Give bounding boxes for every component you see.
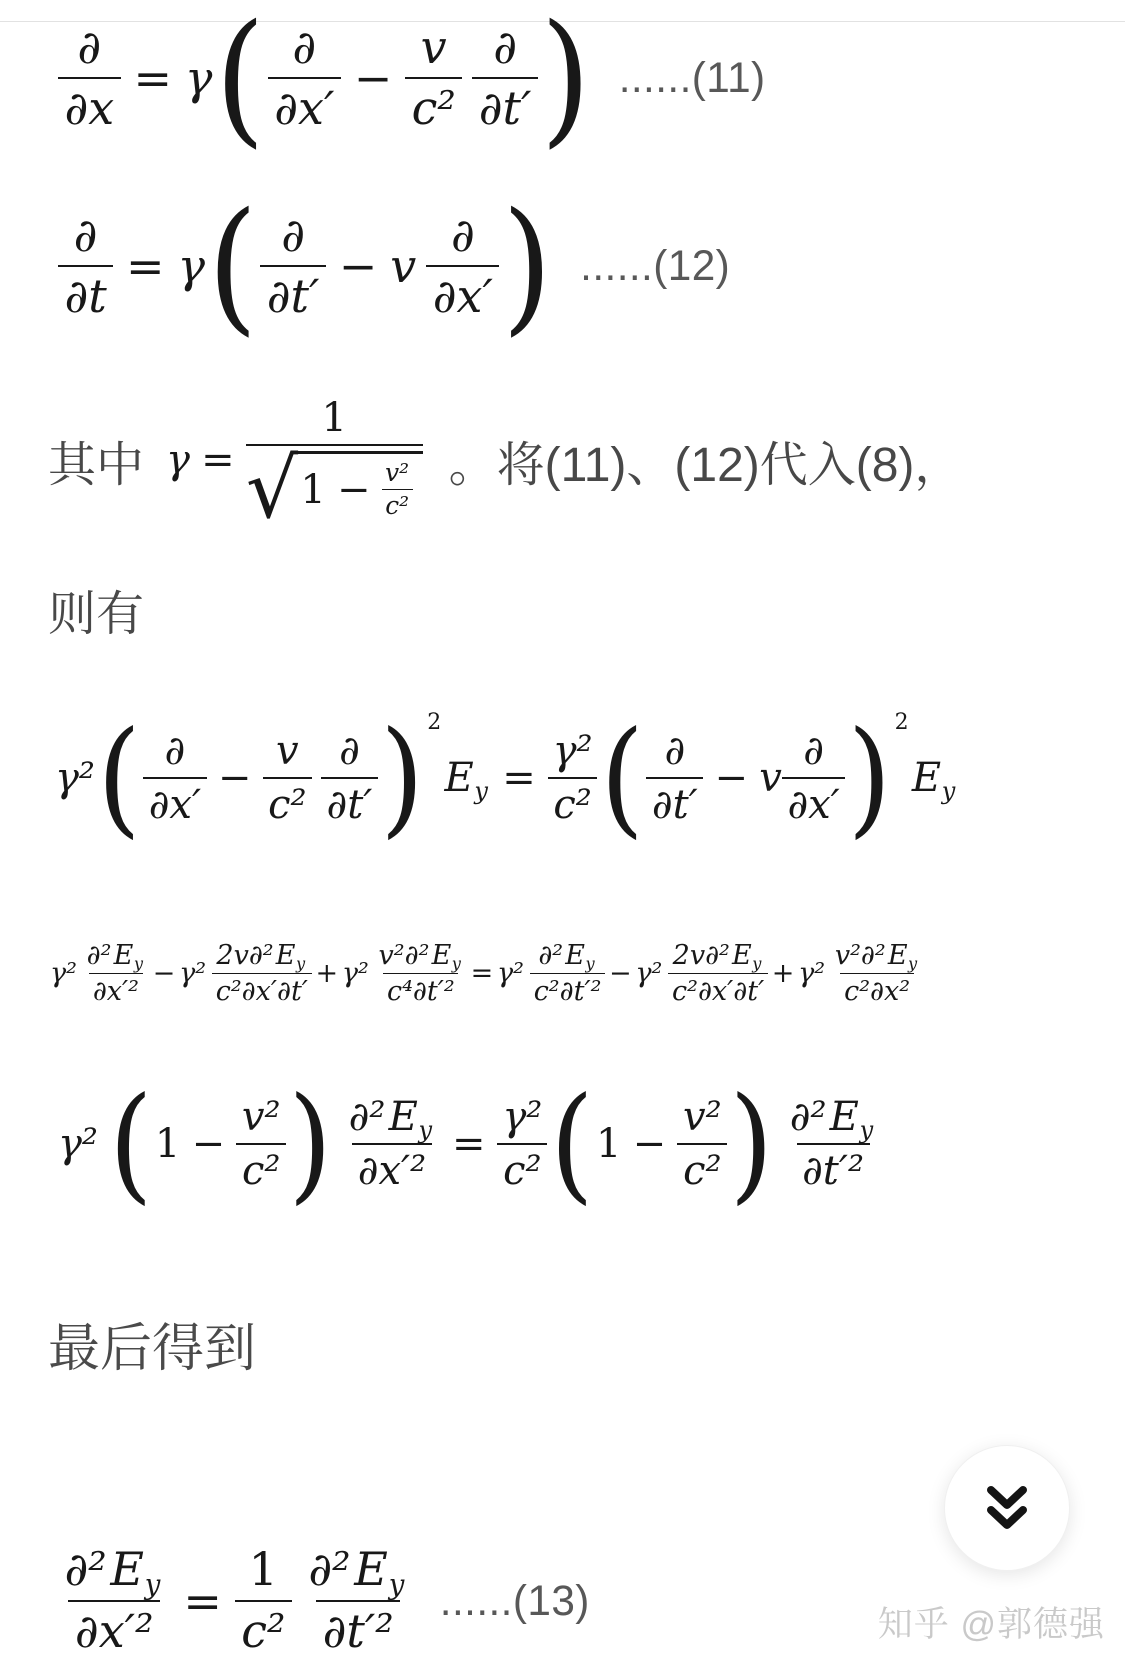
left-paren: ( <box>215 6 265 150</box>
math-token: E <box>114 938 134 973</box>
fraction: ∂ ∂x′ <box>782 725 846 831</box>
math-token: v <box>414 18 453 78</box>
math-token: ∂x′ <box>782 777 846 831</box>
math-token: ∂² <box>64 1540 106 1600</box>
math-token: E <box>565 938 585 973</box>
subscript: y <box>860 1118 874 1142</box>
left-paren: ( <box>109 1081 153 1206</box>
math-token: ∂ <box>798 725 830 777</box>
subscript: y <box>452 956 461 972</box>
right-paren: ) <box>380 715 424 840</box>
math-token: ∂ <box>71 18 108 78</box>
E-y-symbol: E y <box>830 1091 873 1143</box>
math-token: − <box>337 467 371 513</box>
math-token: E <box>354 1540 388 1600</box>
math-token: ∂ <box>159 725 191 777</box>
E-y-symbol: E y <box>732 938 761 973</box>
fraction: ∂² E y c²∂t′² <box>530 938 605 1009</box>
E-y-symbol: E y <box>912 755 955 801</box>
exponent: 2 <box>427 710 441 735</box>
math-token: v <box>759 755 782 801</box>
math-token: E <box>830 1091 859 1143</box>
numerator: v²∂² E y <box>375 938 467 973</box>
fraction: 2v∂² E y c²∂x′∂t′ <box>668 938 768 1009</box>
math-token: ∂² <box>87 938 112 973</box>
math-token: ∂x′² <box>89 973 143 1009</box>
fraction: ∂ ∂t <box>58 206 113 328</box>
math-token: 1 <box>155 1121 180 1167</box>
math-token: v <box>270 725 304 777</box>
math-token: − <box>633 1121 667 1167</box>
fraction: 2v∂² E y c²∂x′∂t′ <box>212 938 312 1009</box>
math-token: ∂ <box>334 725 366 777</box>
E-y-symbol: E y <box>389 1091 432 1143</box>
gamma-definition-line: 其中 γ = 1 √ 1 − v² c² 。将( <box>48 392 962 529</box>
math-token: − <box>339 239 378 293</box>
numerator: ∂² E y <box>302 1540 414 1600</box>
radicand: 1 − v² c² <box>293 451 422 523</box>
math-token: 1 <box>596 1121 621 1167</box>
E-y-symbol: E y <box>565 938 594 973</box>
numerator: ∂² E y <box>343 1091 441 1143</box>
text-substitute: 。将(11)、(12)代入(8)， <box>449 426 963 495</box>
exponent: 2 <box>895 710 909 735</box>
right-paren: ) <box>540 6 590 150</box>
E-y-symbol: E y <box>354 1540 404 1600</box>
math-token: + <box>772 958 795 989</box>
fraction: v² c² <box>236 1091 286 1197</box>
math-token: c² <box>677 1143 727 1197</box>
math-token: ∂x′ <box>426 265 499 327</box>
right-paren: ) <box>288 1081 332 1206</box>
math-token: ∂t′ <box>321 777 378 831</box>
math-token: = <box>471 958 494 989</box>
math-token: γ <box>185 51 213 105</box>
equation-11: ∂ ∂x = γ ( ∂ ∂x′ − v c² ∂ ∂t′ ) ......(1… <box>58 14 766 143</box>
fraction: v²∂² E y c⁴∂t′² <box>375 938 467 1009</box>
math-token: ∂² <box>349 1091 386 1143</box>
math-token: 2v∂² <box>673 938 730 973</box>
math-token: c² <box>235 1600 292 1662</box>
math-token: v <box>390 239 416 293</box>
fraction: ∂ ∂x′ <box>426 206 499 328</box>
E-y-symbol: E y <box>432 938 461 973</box>
math-token: ∂t′ <box>260 265 326 327</box>
math-token: c⁴∂t′² <box>383 973 458 1009</box>
fraction: ∂ ∂t′ <box>260 206 326 328</box>
subscript: y <box>942 779 956 803</box>
math-token: v²∂² <box>835 938 886 973</box>
fraction: 1 √ 1 − v² c² <box>246 392 423 529</box>
math-token: ∂x′² <box>352 1143 432 1197</box>
gamma-definition: γ = 1 √ 1 − v² c² <box>166 392 423 529</box>
math-token: v² <box>677 1091 727 1143</box>
math-token: ∂t′ <box>646 777 703 831</box>
watermark: 知乎 @郭德强 <box>878 1597 1105 1647</box>
math-token: γ² <box>547 725 598 777</box>
fraction: v c² <box>263 725 313 831</box>
math-token: γ² <box>798 958 825 989</box>
math-token: c²∂x² <box>840 973 914 1009</box>
math-token: 1 <box>316 392 353 444</box>
right-paren: ) <box>502 194 552 338</box>
fraction: ∂² E y ∂t′² <box>784 1091 882 1197</box>
radical-sign: √ <box>246 451 298 529</box>
math-token: = <box>502 755 536 801</box>
fraction: v c² <box>405 18 462 140</box>
math-token: = <box>126 239 165 293</box>
fraction: ∂ ∂t′ <box>321 725 378 831</box>
math-token: c² <box>236 1143 286 1197</box>
math-token: v² <box>236 1091 286 1143</box>
math-token: c²∂t′² <box>530 973 605 1009</box>
math-token: = <box>201 437 235 483</box>
math-token: E <box>444 755 473 801</box>
math-token: E <box>389 1091 418 1143</box>
math-token: = <box>183 1574 222 1628</box>
left-paren: ( <box>600 715 644 840</box>
math-token: γ² <box>635 958 662 989</box>
equation-13: ∂² E y ∂x′² = 1 c² ∂² E y ∂t′² .. <box>58 1540 590 1662</box>
math-token: = <box>452 1121 486 1167</box>
math-token: ∂ <box>445 206 482 266</box>
math-token: − <box>609 958 632 989</box>
numerator: ∂² E y <box>83 938 149 973</box>
numerator: 2v∂² E y <box>669 938 767 973</box>
E-y-symbol: E y <box>276 938 305 973</box>
article-page: ∂ ∂x = γ ( ∂ ∂x′ − v c² ∂ ∂t′ ) ......(1… <box>0 0 1125 1665</box>
math-token: = <box>133 51 172 105</box>
math-token: c² <box>382 489 413 522</box>
math-token: + <box>315 958 338 989</box>
fraction: v² c² <box>382 457 413 522</box>
E-y-symbol: E y <box>444 755 487 801</box>
fraction: v² c² <box>677 1091 727 1197</box>
equation-label: ......(11) <box>619 54 766 102</box>
equation-expanded: γ² ∂² E y ∂x′² − γ² 2v∂² E y c²∂x′∂ <box>50 938 923 1009</box>
E-y-symbol: E y <box>114 938 143 973</box>
math-token: γ² <box>342 958 369 989</box>
equation-label: ......(12) <box>580 242 730 290</box>
math-token: ∂² <box>790 1091 827 1143</box>
fraction: ∂² E y ∂x′² <box>83 938 149 1009</box>
math-token: ∂x′ <box>268 77 341 139</box>
right-paren: ) <box>729 1081 773 1206</box>
text-then: 则有 <box>48 586 144 644</box>
numerator: v²∂² E y <box>831 938 923 973</box>
math-token: ∂ <box>659 725 691 777</box>
math-token: γ² <box>55 755 95 801</box>
numerator: ∂² E y <box>58 1540 170 1600</box>
math-token: E <box>888 938 908 973</box>
right-paren: ) <box>848 715 892 840</box>
math-token: − <box>354 51 393 105</box>
equation-12: ∂ ∂t = γ ( ∂ ∂t′ − v ∂ ∂x′ ) ......(12) <box>58 202 730 331</box>
left-paren: ( <box>208 194 258 338</box>
math-token: E <box>732 938 752 973</box>
math-token: − <box>153 958 176 989</box>
text-among: 其中 <box>48 426 144 495</box>
math-token: ∂x′² <box>68 1600 160 1662</box>
sqrt-expression: √ 1 − v² c² <box>246 444 423 529</box>
math-token: γ <box>177 239 205 293</box>
fraction: ∂ ∂x′ <box>268 18 341 140</box>
math-token: ∂t′² <box>797 1143 870 1197</box>
subscript: y <box>908 956 917 972</box>
subscript: y <box>389 1571 405 1599</box>
math-token: c² <box>548 777 598 831</box>
subscript: y <box>752 956 761 972</box>
text-finally: 最后得到 <box>48 1318 256 1380</box>
equation-squared: γ² ( ∂ ∂x′ − v c² ∂ ∂t′ ) 2 E y = γ² c² … <box>55 722 958 834</box>
math-token: E <box>110 1540 144 1600</box>
math-token: 1 <box>300 467 325 513</box>
math-token: ∂x <box>58 77 121 139</box>
math-token: ∂ <box>487 18 524 78</box>
math-token: c²∂x′∂t′ <box>668 973 768 1009</box>
math-token: v²∂² <box>379 938 430 973</box>
numerator: ∂² E y <box>784 1091 882 1143</box>
subscript: y <box>474 779 488 803</box>
math-token: v² <box>382 457 413 489</box>
math-token: 2v∂² <box>216 938 273 973</box>
subscript: y <box>134 956 143 972</box>
subscript: y <box>418 1118 432 1142</box>
E-y-symbol: E y <box>888 938 917 973</box>
math-token: ∂² <box>308 1540 350 1600</box>
E-y-symbol: E y <box>110 1540 160 1600</box>
math-token: 1 <box>242 1540 284 1600</box>
fraction: ∂ ∂x <box>58 18 121 140</box>
fraction: γ² c² <box>497 1091 548 1197</box>
fraction: γ² c² <box>547 725 598 831</box>
left-paren: ( <box>550 1081 594 1206</box>
math-token: γ² <box>497 958 524 989</box>
fraction: 1 c² <box>235 1540 292 1662</box>
equation-label: ......(13) <box>440 1577 590 1625</box>
subscript: y <box>145 1571 161 1599</box>
math-token: − <box>192 1121 226 1167</box>
math-token: ∂t <box>58 265 113 327</box>
fraction: ∂ ∂x′ <box>143 725 207 831</box>
math-token: c²∂x′∂t′ <box>212 973 312 1009</box>
subscript: y <box>296 956 305 972</box>
fraction: ∂ ∂t′ <box>646 725 703 831</box>
math-token: ∂t′ <box>472 77 538 139</box>
left-paren: ( <box>97 715 141 840</box>
double-chevron-down-icon <box>984 1484 1030 1532</box>
math-token: E <box>912 755 941 801</box>
math-token: ∂ <box>275 206 312 266</box>
math-token: ∂x′ <box>143 777 207 831</box>
scroll-down-fab[interactable] <box>944 1445 1070 1571</box>
fraction: ∂² E y ∂x′² <box>58 1540 170 1662</box>
fraction: v²∂² E y c²∂x² <box>831 938 923 1009</box>
subscript: y <box>585 956 594 972</box>
numerator: 2v∂² E y <box>213 938 311 973</box>
equation-factored: γ² ( 1 − v² c² ) ∂² E y ∂x′² = γ² c² ( 1 <box>58 1088 882 1200</box>
math-token: ∂t′² <box>316 1600 400 1662</box>
math-token: E <box>276 938 296 973</box>
math-token: − <box>218 755 252 801</box>
numerator: ∂² E y <box>535 938 601 973</box>
math-token: γ² <box>58 1121 98 1167</box>
math-token: γ² <box>497 1091 548 1143</box>
math-token: c² <box>263 777 313 831</box>
math-token: E <box>432 938 452 973</box>
math-token: c² <box>405 77 462 139</box>
math-token: γ² <box>50 958 77 989</box>
fraction: ∂² E y ∂x′² <box>343 1091 441 1197</box>
math-token: − <box>715 755 749 801</box>
math-token: c² <box>497 1143 547 1197</box>
math-token: ∂² <box>538 938 563 973</box>
math-token: ∂ <box>67 206 104 266</box>
fraction: ∂² E y ∂t′² <box>302 1540 414 1662</box>
math-token: γ² <box>179 958 206 989</box>
math-token: ∂ <box>286 18 323 78</box>
math-token: γ <box>166 437 190 483</box>
fraction: ∂ ∂t′ <box>472 18 538 140</box>
